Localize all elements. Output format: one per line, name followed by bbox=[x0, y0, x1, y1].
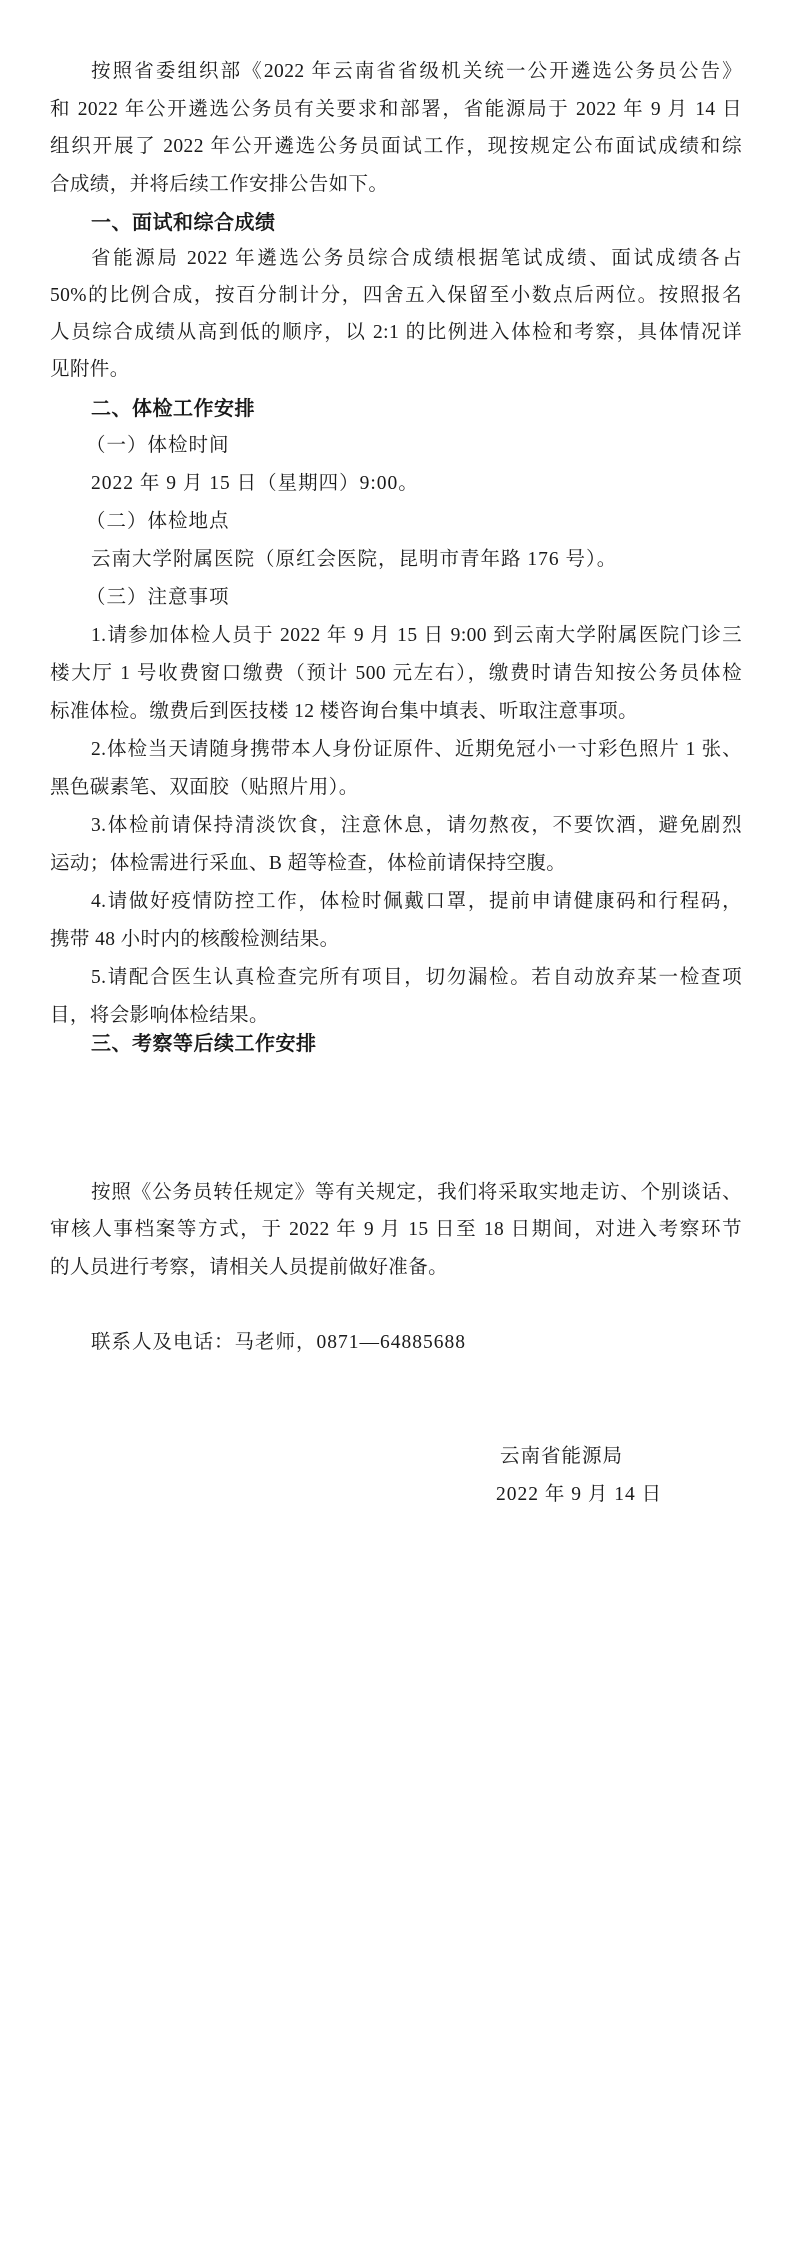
notes-item-4-line-2: 携带 48 小时内的核酸检测结果。 bbox=[50, 925, 742, 955]
exam-time-value: 2022 年 9 月 15 日（星期四）9:00。 bbox=[91, 469, 419, 499]
notes-item-1-line-3: 标准体检。缴费后到医技楼 12 楼咨询台集中填表、听取注意事项。 bbox=[50, 697, 742, 727]
section-1-heading: 一、面试和综合成绩 bbox=[91, 207, 276, 237]
section-1-line-1: 省能源局 2022 年遴选公务员综合成绩根据笔试成绩、面试成绩各占 bbox=[91, 244, 742, 274]
contact-info: 联系人及电话：马老师，0871—64885688 bbox=[91, 1328, 466, 1358]
notes-item-3-line-2: 运动；体检需进行采血、B 超等检查，体检前请保持空腹。 bbox=[50, 849, 742, 879]
notes-item-1-line-2: 楼大厅 1 号收费窗口缴费（预计 500 元左右），缴费时请告知按公务员体检 bbox=[50, 659, 742, 689]
exam-time-label: （一）体检时间 bbox=[86, 431, 230, 461]
notes-item-2-line-2: 黑色碳素笔、双面胶（贴照片用）。 bbox=[50, 773, 742, 803]
notes-item-1-line-1: 1.请参加体检人员于 2022 年 9 月 15 日 9:00 到云南大学附属医… bbox=[91, 621, 742, 651]
notes-item-5-line-2: 目，将会影响体检结果。 bbox=[50, 1001, 742, 1031]
section-2-heading: 二、体检工作安排 bbox=[91, 393, 255, 423]
section-3-heading: 三、考察等后续工作安排 bbox=[91, 1028, 317, 1058]
notes-item-5-line-1: 5.请配合医生认真检查完所有项目，切勿漏检。若自动放弃某一检查项 bbox=[91, 963, 742, 993]
section-3-line-1: 按照《公务员转任规定》等有关规定，我们将采取实地走访、个别谈话、 bbox=[91, 1178, 742, 1208]
signature-date: 2022 年 9 月 14 日 bbox=[496, 1480, 662, 1510]
intro-line-2: 和 2022 年公开遴选公务员有关要求和部署，省能源局于 2022 年 9 月 … bbox=[50, 95, 742, 125]
intro-line-4: 合成绩，并将后续工作安排公告如下。 bbox=[50, 170, 742, 200]
exam-location-value: 云南大学附属医院（原红会医院，昆明市青年路 176 号）。 bbox=[91, 545, 617, 575]
exam-location-label: （二）体检地点 bbox=[86, 507, 230, 537]
intro-line-3: 组织开展了 2022 年公开遴选公务员面试工作，现按规定公布面试成绩和综 bbox=[50, 132, 742, 162]
notes-item-3-line-1: 3.体检前请保持清淡饮食，注意休息，请勿熬夜，不要饮酒，避免剧烈 bbox=[91, 811, 742, 841]
section-1-line-2: 50%的比例合成，按百分制计分，四舍五入保留至小数点后两位。按照报名 bbox=[50, 281, 742, 311]
section-3-line-2: 审核人事档案等方式，于 2022 年 9 月 15 日至 18 日期间，对进入考… bbox=[50, 1215, 742, 1245]
section-3-line-3: 的人员进行考察，请相关人员提前做好准备。 bbox=[50, 1253, 742, 1283]
notes-item-2-line-1: 2.体检当天请随身携带本人身份证原件、近期免冠小一寸彩色照片 1 张、 bbox=[91, 735, 742, 765]
signature-organization: 云南省能源局 bbox=[500, 1442, 623, 1472]
announcement-document: 按照省委组织部《2022 年云南省省级机关统一公开遴选公务员公告》 和 2022… bbox=[0, 0, 793, 2244]
exam-notes-label: （三）注意事项 bbox=[86, 583, 230, 613]
notes-item-4-line-1: 4.请做好疫情防控工作，体检时佩戴口罩，提前申请健康码和行程码， bbox=[91, 887, 742, 917]
section-1-line-3: 人员综合成绩从高到低的顺序，以 2:1 的比例进入体检和考察，具体情况详 bbox=[50, 318, 742, 348]
section-1-line-4: 见附件。 bbox=[50, 355, 742, 385]
intro-line-1: 按照省委组织部《2022 年云南省省级机关统一公开遴选公务员公告》 bbox=[91, 57, 742, 87]
